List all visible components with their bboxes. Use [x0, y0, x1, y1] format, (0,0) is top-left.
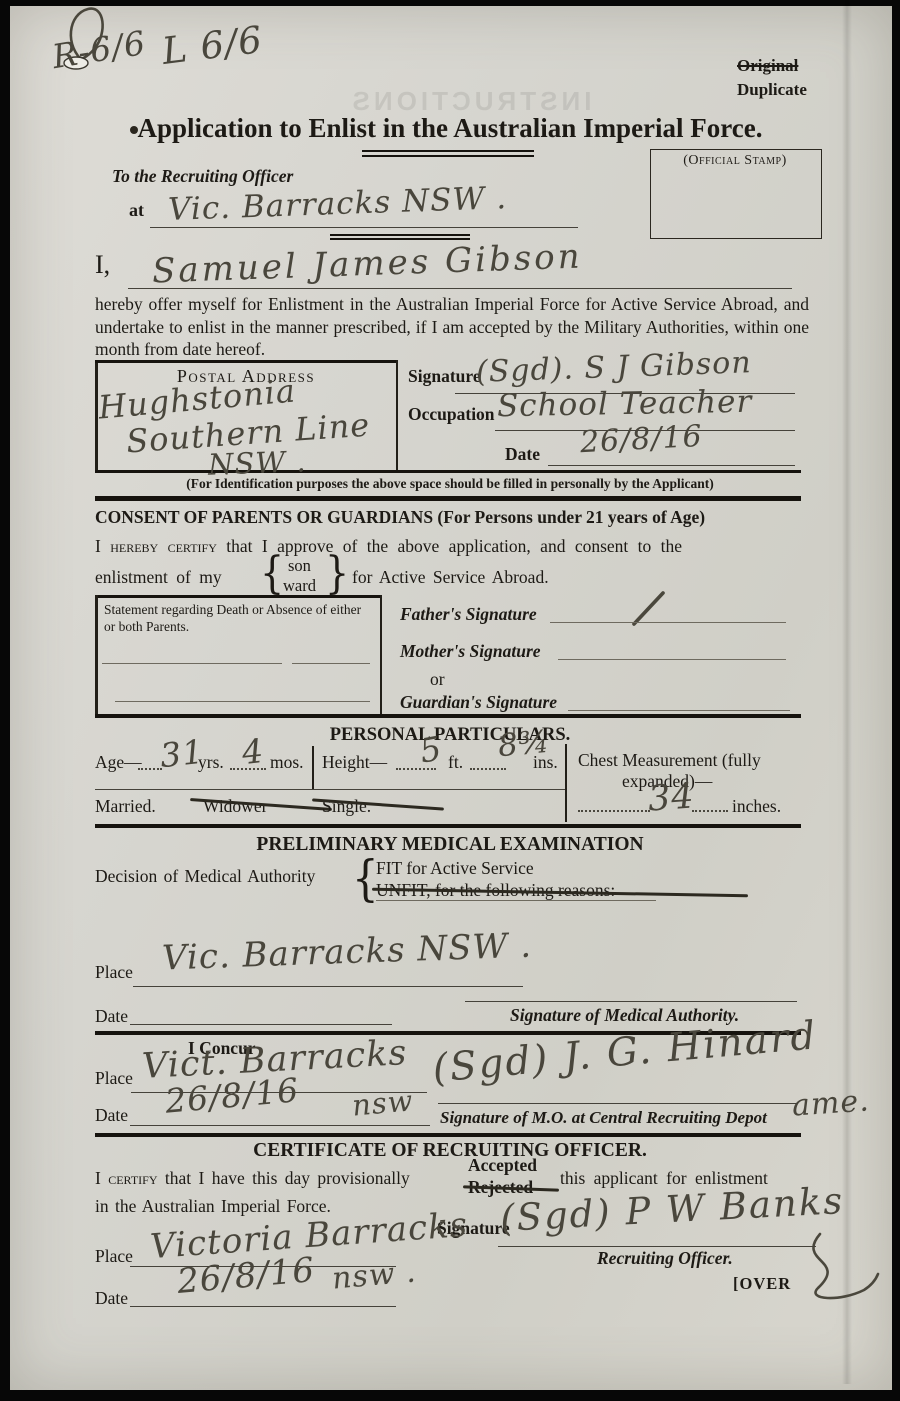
consent-certify-rest: that I approve of the above application,…: [226, 536, 682, 556]
medical-signature-line: [465, 1001, 797, 1002]
form-title: Application to Enlist in the Australian …: [90, 113, 810, 144]
id-box-bottom-border: [95, 470, 801, 473]
certificate-certify-line: I certify that I have this day provision…: [95, 1168, 410, 1189]
concur-state-value: nsw: [351, 1083, 415, 1122]
id-box-left-border: [95, 360, 98, 472]
recruiting-officer-caption: Recruiting Officer.: [597, 1248, 733, 1269]
consent-brace-right: }: [325, 548, 349, 599]
age-label: Age—: [95, 752, 142, 773]
father-signature-line: [550, 622, 786, 623]
original-label: Original: [737, 56, 798, 76]
at-double-rule: [330, 234, 470, 236]
statement-blank-line-1: [102, 663, 282, 664]
statement-box-left: [95, 595, 98, 714]
medical-brace: {: [352, 850, 379, 906]
medical-fit-option: FIT for Active Service: [376, 858, 534, 879]
consent-brace-left: {: [260, 548, 284, 599]
unfit-underline: [376, 900, 656, 901]
ft-label: ft.: [448, 752, 463, 773]
father-line-tick: [634, 593, 663, 624]
i-label: I,: [95, 250, 110, 280]
concur-date-label: Date: [95, 1105, 128, 1126]
age-dots-1: [138, 768, 162, 770]
section-rule-2: [95, 714, 801, 718]
consent-enlistment-suffix: for Active Service Abroad.: [352, 567, 549, 588]
id-date-value: 26/8/16: [579, 419, 703, 460]
section-rule-5: [95, 1133, 801, 1137]
ins-label: ins.: [533, 752, 558, 773]
statement-blank-line-1b: [292, 663, 370, 664]
height-label: Height—: [322, 752, 387, 773]
consent-brace-son: son: [288, 556, 311, 576]
certificate-date-underline: [130, 1306, 396, 1307]
certificate-place-label: Place: [95, 1246, 133, 1267]
medical-place-label: Place: [95, 962, 133, 983]
consent-brace-ward: ward: [283, 576, 316, 596]
official-stamp-label: (Official Stamp): [650, 153, 820, 169]
concur-date-underline: [130, 1125, 430, 1126]
or-label: or: [430, 669, 445, 690]
father-signature-label: Father's Signature: [400, 604, 537, 625]
concur-place-label: Place: [95, 1068, 133, 1089]
mo-signature-caption: Signature of M.O. at Central Recruiting …: [440, 1108, 767, 1128]
to-recruiting-officer-line: To the Recruiting Officer: [112, 166, 293, 187]
inches-label: inches.: [732, 796, 781, 817]
officer-flourish: [813, 1234, 878, 1298]
chest-dots-1: [578, 810, 650, 812]
medical-place-underline: [133, 986, 523, 987]
identification-footnote: (For Identification purposes the above s…: [95, 476, 805, 492]
statement-label: Statement regarding Death or Absence of …: [104, 601, 372, 635]
certificate-body-line2: in the Australian Imperial Force.: [95, 1196, 331, 1217]
statement-box-top: [95, 595, 382, 598]
medical-date-label: Date: [95, 1006, 128, 1027]
medical-decision-label: Decision of Medical Authority: [95, 866, 315, 887]
section-rule-1: [95, 496, 801, 501]
guardian-signature-line: [568, 710, 790, 711]
id-date-underline: [548, 465, 795, 466]
particulars-divider-1: [312, 746, 314, 790]
certificate-state-value: nsw .: [331, 1254, 418, 1296]
at-double-rule-2: [330, 238, 470, 240]
consent-heading: CONSENT OF PARENTS OR GUARDIANS (For Per…: [95, 507, 807, 528]
mo-signature-line: [438, 1103, 798, 1104]
over-label: [OVER: [733, 1274, 791, 1294]
occupation-label: Occupation: [408, 404, 495, 425]
age-height-underline: [95, 789, 565, 790]
mos-label: mos.: [270, 752, 304, 773]
certificate-certify-prefix: I certify: [95, 1168, 158, 1188]
id-box-divider: [396, 360, 398, 472]
height-dots-2: [470, 768, 506, 770]
married-label: Married.: [95, 796, 156, 817]
mother-signature-label: Mother's Signature: [400, 641, 541, 662]
title-underline: [362, 150, 534, 152]
duplicate-label: Duplicate: [737, 80, 807, 100]
id-date-label: Date: [505, 444, 540, 465]
signature-label: Signature: [408, 366, 481, 387]
officer-signature-line: [498, 1246, 816, 1247]
yrs-label: yrs.: [198, 752, 224, 773]
occupation-value: School Teacher: [497, 384, 753, 424]
certificate-date-label: Date: [95, 1288, 128, 1309]
medical-date-underline: [130, 1024, 392, 1025]
certificate-certify-rest: that I have this day provisionally: [165, 1168, 410, 1188]
accepted-label: Accepted: [468, 1155, 537, 1176]
section-rule-3: [95, 824, 801, 828]
consent-certify-prefix: I hereby certify: [95, 536, 217, 556]
chest-dots-2: [692, 810, 728, 812]
consent-enlistment-prefix: enlistment of my: [95, 567, 222, 588]
consent-certify-line: I hereby certify that I approve of the a…: [95, 536, 807, 557]
certificate-heading: CERTIFICATE OF RECRUITING OFFICER.: [95, 1140, 805, 1162]
guardian-signature-label: Guardian's Signature: [400, 692, 557, 713]
age-months-value: 4: [240, 731, 266, 772]
medical-heading: PRELIMINARY MEDICAL EXAMINATION: [95, 834, 805, 856]
particulars-divider-2: [565, 744, 567, 822]
chest-value: 34: [647, 776, 696, 819]
chest-label-line1: Chest Measurement (fully: [578, 750, 761, 771]
statement-blank-line-2: [115, 701, 370, 702]
mother-signature-line: [558, 659, 786, 660]
name-underline: [128, 288, 792, 289]
at-label: at: [129, 200, 144, 221]
title-underline-2: [362, 155, 534, 157]
scanned-enlistment-form: INSTRUCTIONS R-6/6 L 6/6 Original Duplic…: [0, 0, 900, 1401]
mo-signature-tail: ame.: [791, 1083, 871, 1123]
id-box-top-border: [95, 360, 398, 363]
statement-box-divider: [380, 595, 382, 714]
at-underline: [150, 227, 578, 228]
